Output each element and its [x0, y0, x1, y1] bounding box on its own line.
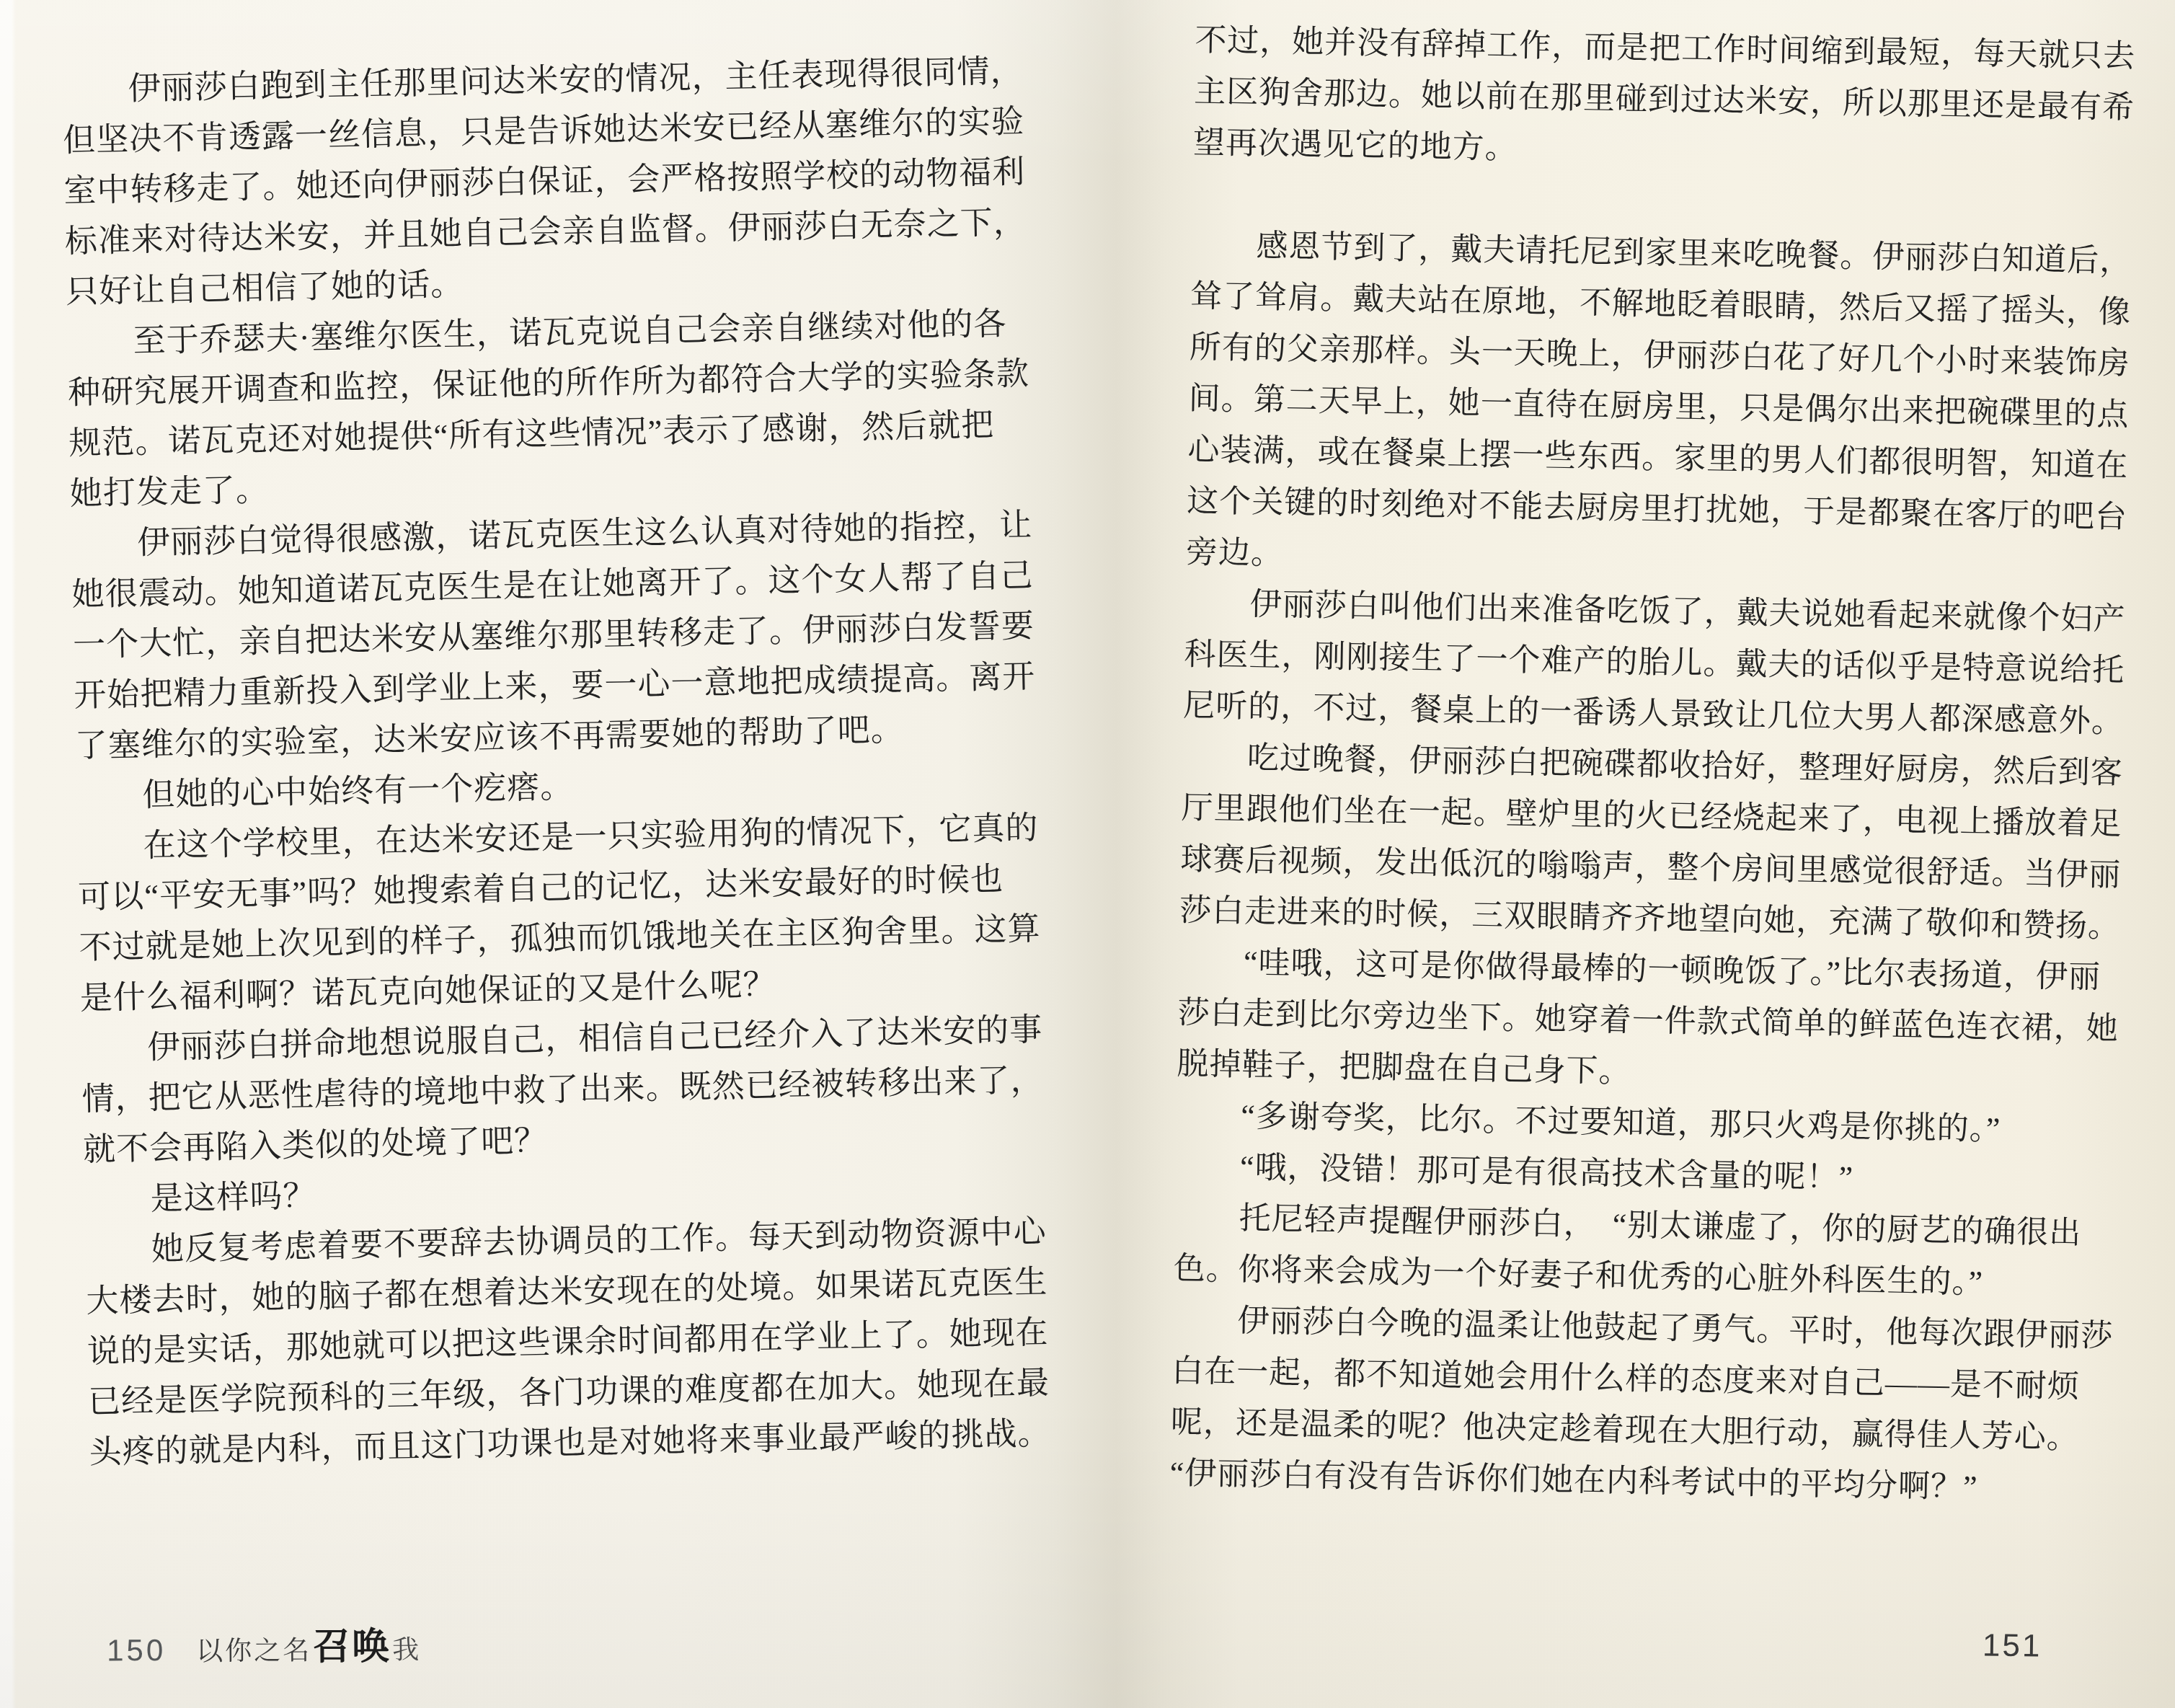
- book-title-regular: 以你之名: [196, 1629, 311, 1668]
- right-page-number: 151: [1983, 1627, 2042, 1664]
- left-page-number: 150: [107, 1633, 166, 1668]
- book-scan: 伊丽莎白跑到主任那里问达米安的情况，主任表现得很同情，但坚决不肯透露一丝信息，只…: [0, 0, 2175, 1708]
- book-title-footer: 以你之名 召唤 我: [196, 1615, 420, 1671]
- left-page-footer: 150 以你之名 召唤 我: [107, 1615, 420, 1671]
- right-page-text: 不过，她并没有辞掉工作，而是把工作时间缩到最短，每天就只去主区狗舍那边。她以前在…: [1169, 14, 2125, 1515]
- book-title-suffix: 我: [392, 1627, 419, 1666]
- book-title-bold: 召唤: [313, 1616, 391, 1671]
- left-page-text: 伊丽莎白跑到主任那里问达米安的情况，主任表现得很同情，但坚决不肯透露一丝信息，只…: [61, 45, 1063, 1478]
